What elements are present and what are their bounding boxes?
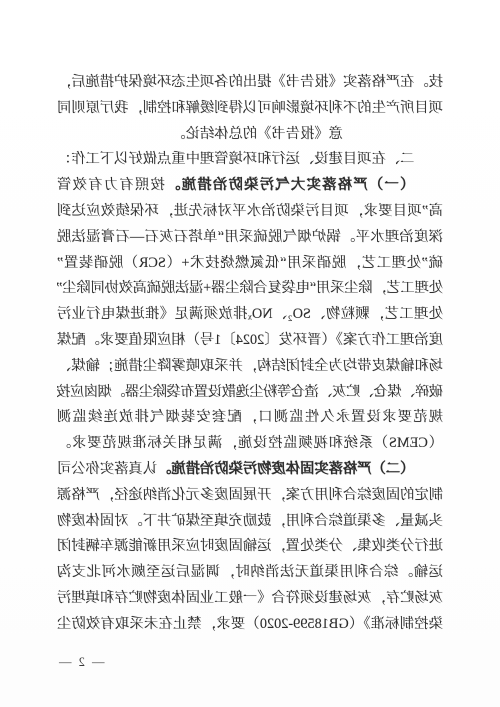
text-line: 技。在严格落实《报告书》提出的各项生态环境保护措施后， <box>57 70 443 96</box>
text-line: 规范要求设置永久性监测口，配套安装烟气排放连续监测 <box>57 405 443 431</box>
text-line: （二）严格落实固体废物污染防治措施。认真落实你公司 <box>57 457 443 483</box>
body-text: 规范要求设置永久性监测口，配套安装烟气排放连续监测 <box>57 409 443 425</box>
scanned-document-page: 技。在严格落实《报告书》提出的各项生态环境保护措施后，项目所产生的不利环境影响可… <box>0 0 500 707</box>
text-line: 头减量、多渠道综合利用，鼓励充填至煤矿井下。对固体废物 <box>57 509 443 535</box>
body-text: 高”项目要求，项目污染防治水平对标先进，环保绩效应达到 <box>57 203 443 219</box>
page-number: — 2 — <box>57 655 443 670</box>
body-text: 深度治理水平。锅炉烟气脱硫采用“单塔石灰石—石膏湿法脱 <box>57 229 443 245</box>
text-line: 高”项目要求，项目污染防治水平对标先进，环保绩效应达到 <box>57 199 443 225</box>
body-text: 染控制标准》（GB18599-2020）要求，禁止在未采取有效防尘措 <box>57 616 443 638</box>
mirrored-sheet: 技。在严格落实《报告书》提出的各项生态环境保护措施后，项目所产生的不利环境影响可… <box>57 70 443 670</box>
body-text: 认真落实你公司 <box>57 461 157 477</box>
heading-text: （一）严格落实大气污染防治措施。 <box>165 177 415 193</box>
body-text: 意《报告书》的总体结论。 <box>171 126 343 142</box>
text-line: 处理工艺，除尘采用“电袋复合除尘器+湿法脱硫高效协同除尘” <box>57 276 443 302</box>
body-text: 二、在项目建设、运行和环境管理中重点做好以下工作： <box>57 151 414 167</box>
body-text: 项目所产生的不利环境影响可以得到缓解和控制，我厅原则同 <box>57 100 443 116</box>
body-text: 处理工艺，颗粒物、SO₂、NOₓ排放须满足《推进煤电行业污染深 <box>57 306 443 328</box>
text-line: 处理工艺，颗粒物、SO₂、NOₓ排放须满足《推进煤电行业污染深 <box>57 302 443 328</box>
body-text: 破碎、煤仓、贮灰、渣仓等粉尘逸散设置布袋除尘器。烟囱应按 <box>57 384 443 400</box>
body-text: 头减量、多渠道综合利用，鼓励充填至煤矿井下。对固体废物 <box>57 513 443 529</box>
mirrored-text-block: 技。在严格落实《报告书》提出的各项生态环境保护措施后，项目所产生的不利环境影响可… <box>57 70 443 638</box>
text-line: 灰场贮存，灰场建设须符合《一般工业固体废物贮存和填埋污 <box>57 586 443 612</box>
heading-text: （二）严格落实固体废物污染防治措施。 <box>157 461 414 477</box>
text-line: 制定的固废综合利用方案，开展固废多元化消纳途径，严格源 <box>57 483 443 509</box>
body-text: 硫”处理工艺，脱硝采用“低氮燃烧技术+（SCR）脱硝装置” <box>57 255 443 271</box>
text-line: 场和输煤皮带均为全封闭结构，并采取喷雾降尘措施；输煤、 <box>57 354 443 380</box>
text-line: 破碎、煤仓、贮灰、渣仓等粉尘逸散设置布袋除尘器。烟囱应按 <box>57 380 443 406</box>
text-line: 度治理工作方案》（晋环发〔2024〕1号）相应限值要求。配煤 <box>57 328 443 354</box>
body-text: 进行分类收集、分类处置，运输固废时应采用新能源车辆封闭 <box>57 538 443 554</box>
text-line: 意《报告书》的总体结论。 <box>57 122 443 148</box>
body-text: 灰场贮存，灰场建设须符合《一般工业固体废物贮存和填埋污 <box>57 590 443 606</box>
body-text: （CEMS）系统和视频监控设施，满足相关标准规范要求。 <box>57 435 443 451</box>
text-line: 进行分类收集、分类处置，运输固废时应采用新能源车辆封闭 <box>57 534 443 560</box>
body-text: 度治理工作方案》（晋环发〔2024〕1号）相应限值要求。配煤 <box>57 332 443 348</box>
text-line: （一）严格落实大气污染防治措施。按照有力有效管控“两 <box>57 173 443 199</box>
text-line: （CEMS）系统和视频监控设施，满足相关标准规范要求。 <box>57 431 443 457</box>
body-text: 技。在严格落实《报告书》提出的各项生态环境保护措施后， <box>57 74 443 90</box>
text-line: 深度治理水平。锅炉烟气脱硫采用“单塔石灰石—石膏湿法脱 <box>57 225 443 251</box>
body-text: 处理工艺，除尘采用“电袋复合除尘器+湿法脱硫高效协同除尘” <box>57 280 443 296</box>
text-line: 运输。综合利用渠道无法消纳时，调湿后运至颇水河北支沟 <box>57 560 443 586</box>
text-line: 硫”处理工艺，脱硝采用“低氮燃烧技术+（SCR）脱硝装置” <box>57 251 443 277</box>
body-text: 制定的固废综合利用方案，开展固废多元化消纳途径，严格源 <box>57 487 443 503</box>
text-line: 二、在项目建设、运行和环境管理中重点做好以下工作： <box>57 147 443 173</box>
body-text: 场和输煤皮带均为全封闭结构，并采取喷雾降尘措施；输煤、 <box>57 358 443 374</box>
body-text: 运输。综合利用渠道无法消纳时，调湿后运至颇水河北支沟 <box>57 564 443 580</box>
text-line: 染控制标准》（GB18599-2020）要求，禁止在未采取有效防尘措 <box>57 612 443 638</box>
text-line: 项目所产生的不利环境影响可以得到缓解和控制，我厅原则同 <box>57 96 443 122</box>
